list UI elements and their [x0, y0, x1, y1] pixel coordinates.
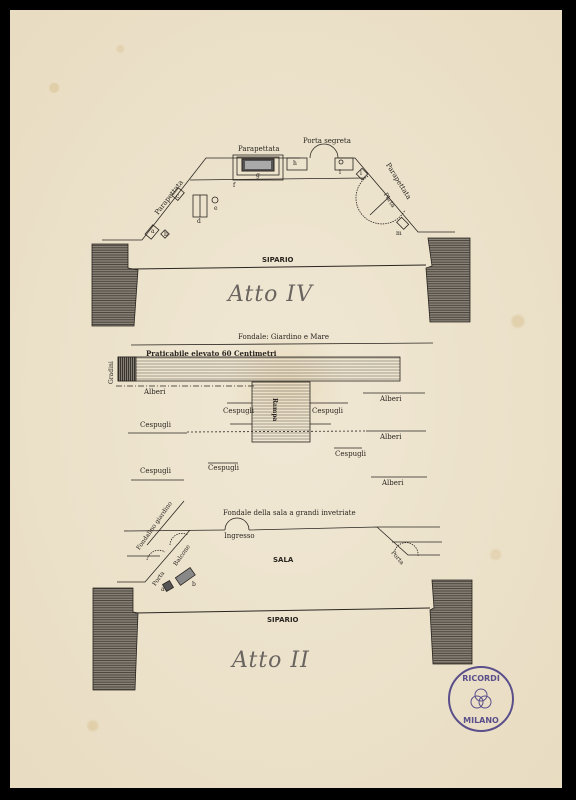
marker-e: e	[214, 206, 218, 212]
label-ingresso: Ingresso	[224, 533, 255, 540]
label-alberi-1: Alberi	[144, 389, 166, 396]
handwritten-title-act4: Atto IV	[228, 282, 313, 307]
label-rampa: Rampa	[271, 398, 277, 421]
stamp-bottom-text: MILANO	[450, 716, 512, 725]
marker-b-act2: b	[192, 582, 196, 588]
label-sipario-act4: SIPARIO	[262, 257, 294, 264]
marker-g: g	[256, 173, 260, 179]
marker-i: i	[339, 170, 341, 176]
marker-b: b	[164, 232, 168, 238]
label-cespugli-6: Cespugli	[208, 465, 239, 472]
label-alberi-3: Alberi	[380, 434, 402, 441]
marker-a-act2: a	[161, 587, 165, 593]
label-cespugli-3: Cespugli	[140, 422, 171, 429]
interlocking-rings-icon	[468, 686, 494, 712]
label-cespugli-5: Cespugli	[140, 468, 171, 475]
label-cespugli-2: Cespugli	[312, 408, 343, 415]
label-fondale-giardino: Fondale: Giardino e Mare	[238, 334, 329, 341]
marker-c: c	[176, 194, 179, 200]
marker-l: l	[360, 171, 362, 177]
label-gradini: Gradini	[109, 361, 115, 384]
marker-h: h	[293, 161, 297, 167]
label-praticabile: Praticabile elevato 60 Centimetri	[146, 350, 276, 357]
label-parapettata-top: Parapettata	[238, 146, 280, 153]
label-sala: SALA	[273, 557, 293, 564]
marker-f: f	[233, 183, 235, 189]
marker-m: m	[396, 231, 402, 237]
label-cespugli-1: Cespugli	[223, 408, 254, 415]
marker-d: d	[197, 219, 201, 225]
label-fondale-sala: Fondale della sala a grandi invetriate	[223, 510, 356, 517]
marker-a: a	[151, 229, 155, 235]
label-alberi-4: Alberi	[382, 480, 404, 487]
label-sipario-act2: SIPARIO	[267, 617, 299, 624]
label-porta-segreta: Porta segreta	[303, 138, 351, 145]
stamp-top-text: RICORDI	[450, 674, 512, 683]
label-alberi-2: Alberi	[380, 396, 402, 403]
ricordi-stamp: RICORDI MILANO	[448, 666, 514, 732]
handwritten-title-act2: Atto II	[232, 648, 310, 673]
label-cespugli-4: Cespugli	[335, 451, 366, 458]
